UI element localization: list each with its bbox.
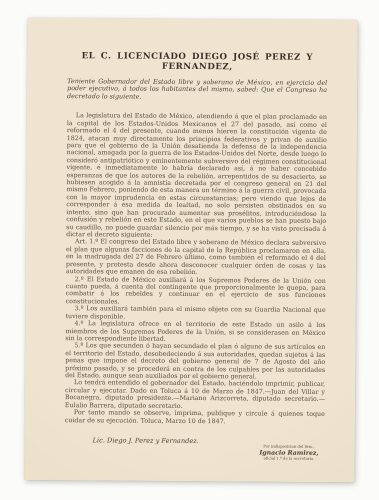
broadside-page: EL C. LICENCIADO DIEGO JOSÉ PEREZ Y FERN… xyxy=(24,18,357,482)
article-3-number: 3.º xyxy=(75,305,84,312)
closing-paragraph: Lo tendrá entendido el gobernador del Es… xyxy=(65,380,325,412)
article-5-number: 5.º xyxy=(74,343,83,350)
article-5-text: Los que secunden ó hayan secundado el pl… xyxy=(65,343,325,381)
article-1-number: Art. 1.º xyxy=(75,239,98,246)
article-5: 5.º Los que secunden ó hayan secundado e… xyxy=(65,342,325,381)
preamble-paragraph: La legislatura del Estado de México, ate… xyxy=(66,112,327,240)
scan-background: EL C. LICENCIADO DIEGO JOSÉ PEREZ Y FERN… xyxy=(0,0,379,500)
document-subtitle: Teniente Gobernador del Estado libre y s… xyxy=(67,78,327,102)
signature-secretary-note-below: oficial 1.º de la secretaría. xyxy=(259,457,318,462)
signature-secretary-block: Por indisposicion del Srio., Ignacio Ram… xyxy=(259,444,318,462)
article-4-number: 4.º xyxy=(74,320,83,327)
promulgation-paragraph: Por tanto mando se observe, imprima, pub… xyxy=(65,409,325,426)
document-body: La legislatura del Estado de México, ate… xyxy=(65,112,327,426)
article-3-text: Los auxiliará también para el mismo obje… xyxy=(66,306,326,321)
article-2: 2.º El Estado de México auxiliará á los … xyxy=(66,276,326,308)
signature-governor: Lic. Diego J. Perez y Fernandez. xyxy=(93,436,199,445)
article-4-text: La legislatura ofrece en el territorio d… xyxy=(65,320,325,342)
article-2-text: El Estado de México auxiliará á los Supr… xyxy=(66,276,326,305)
article-2-number: 2.º xyxy=(75,276,84,283)
article-4: 4.º La legislatura ofrece en el territor… xyxy=(65,320,325,344)
article-1-text: El congreso del Estado libre y soberano … xyxy=(66,239,326,276)
document-title: EL C. LICENCIADO DIEGO JOSÉ PEREZ Y FERN… xyxy=(67,51,327,73)
article-1: Art. 1.º El congreso del Estado libre y … xyxy=(66,239,326,278)
signature-row: Lic. Diego J. Perez y Fernandez. Por ind… xyxy=(65,436,325,462)
